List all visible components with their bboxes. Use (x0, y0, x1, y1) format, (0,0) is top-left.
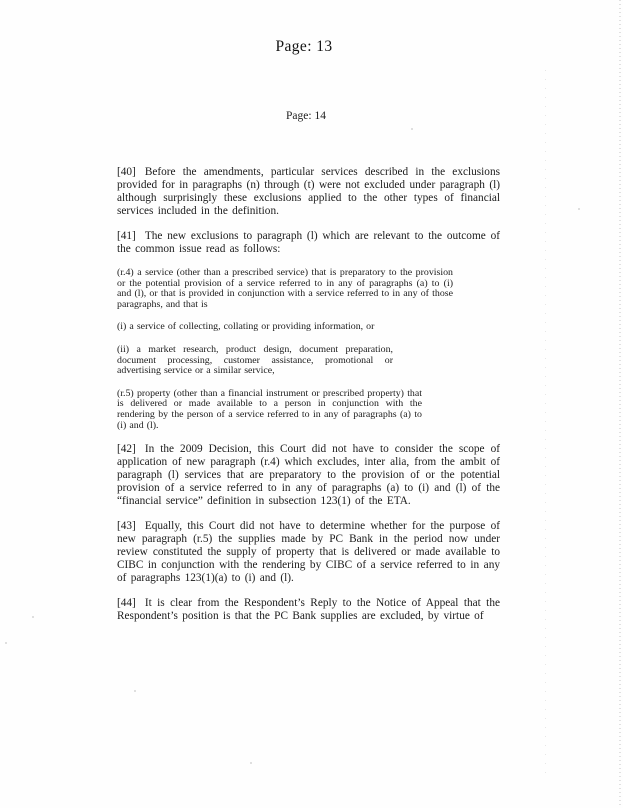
scan-speck (578, 208, 580, 210)
paragraph-42-text: In the 2009 Decision, this Court did not… (117, 443, 500, 507)
scan-noise-column (545, 70, 546, 780)
paragraph-40-number: [40] (117, 166, 136, 178)
scan-speck (5, 642, 7, 644)
paragraph-44-text: It is clear from the Respondent’s Reply … (117, 597, 500, 622)
page-14-header: Page: 14 (0, 110, 612, 122)
paragraph-40: [40]Before the amendments, particular se… (117, 166, 500, 218)
paragraph-40-text: Before the amendments, particular servic… (117, 166, 500, 217)
paragraph-41: [41]The new exclusions to paragraph (l) … (117, 230, 500, 256)
scan-speck (250, 762, 252, 764)
page-body: [40]Before the amendments, particular se… (117, 166, 500, 635)
quoted-provision-r5: (r.5) property (other than a financial i… (117, 389, 422, 431)
paragraph-43-text: Equally, this Court did not have to dete… (117, 520, 500, 584)
paragraph-44: [44]It is clear from the Respondent’s Re… (117, 597, 500, 623)
scan-speck (134, 690, 136, 692)
paragraph-44-number: [44] (117, 597, 136, 609)
scan-speck (32, 616, 34, 618)
paragraph-42-number: [42] (117, 443, 136, 455)
paragraph-41-text: The new exclusions to paragraph (l) whic… (117, 230, 500, 255)
paragraph-43-number: [43] (117, 520, 136, 532)
scan-noise-right-edge (619, 0, 621, 808)
scanned-document-page: Page: 13 Page: 14 [40]Before the amendme… (0, 0, 623, 808)
paragraph-42: [42]In the 2009 Decision, this Court did… (117, 443, 500, 508)
scan-speck (411, 128, 413, 130)
quoted-provision-r4: (r.4) a service (other than a prescribed… (117, 268, 453, 310)
paragraph-43: [43]Equally, this Court did not have to … (117, 520, 500, 585)
quoted-subclause-i: (i) a service of collecting, collating o… (117, 322, 393, 333)
paragraph-41-number: [41] (117, 230, 136, 242)
page-13-header: Page: 13 (0, 38, 608, 56)
quoted-subclause-ii: (ii) a market research, product design, … (117, 345, 393, 377)
